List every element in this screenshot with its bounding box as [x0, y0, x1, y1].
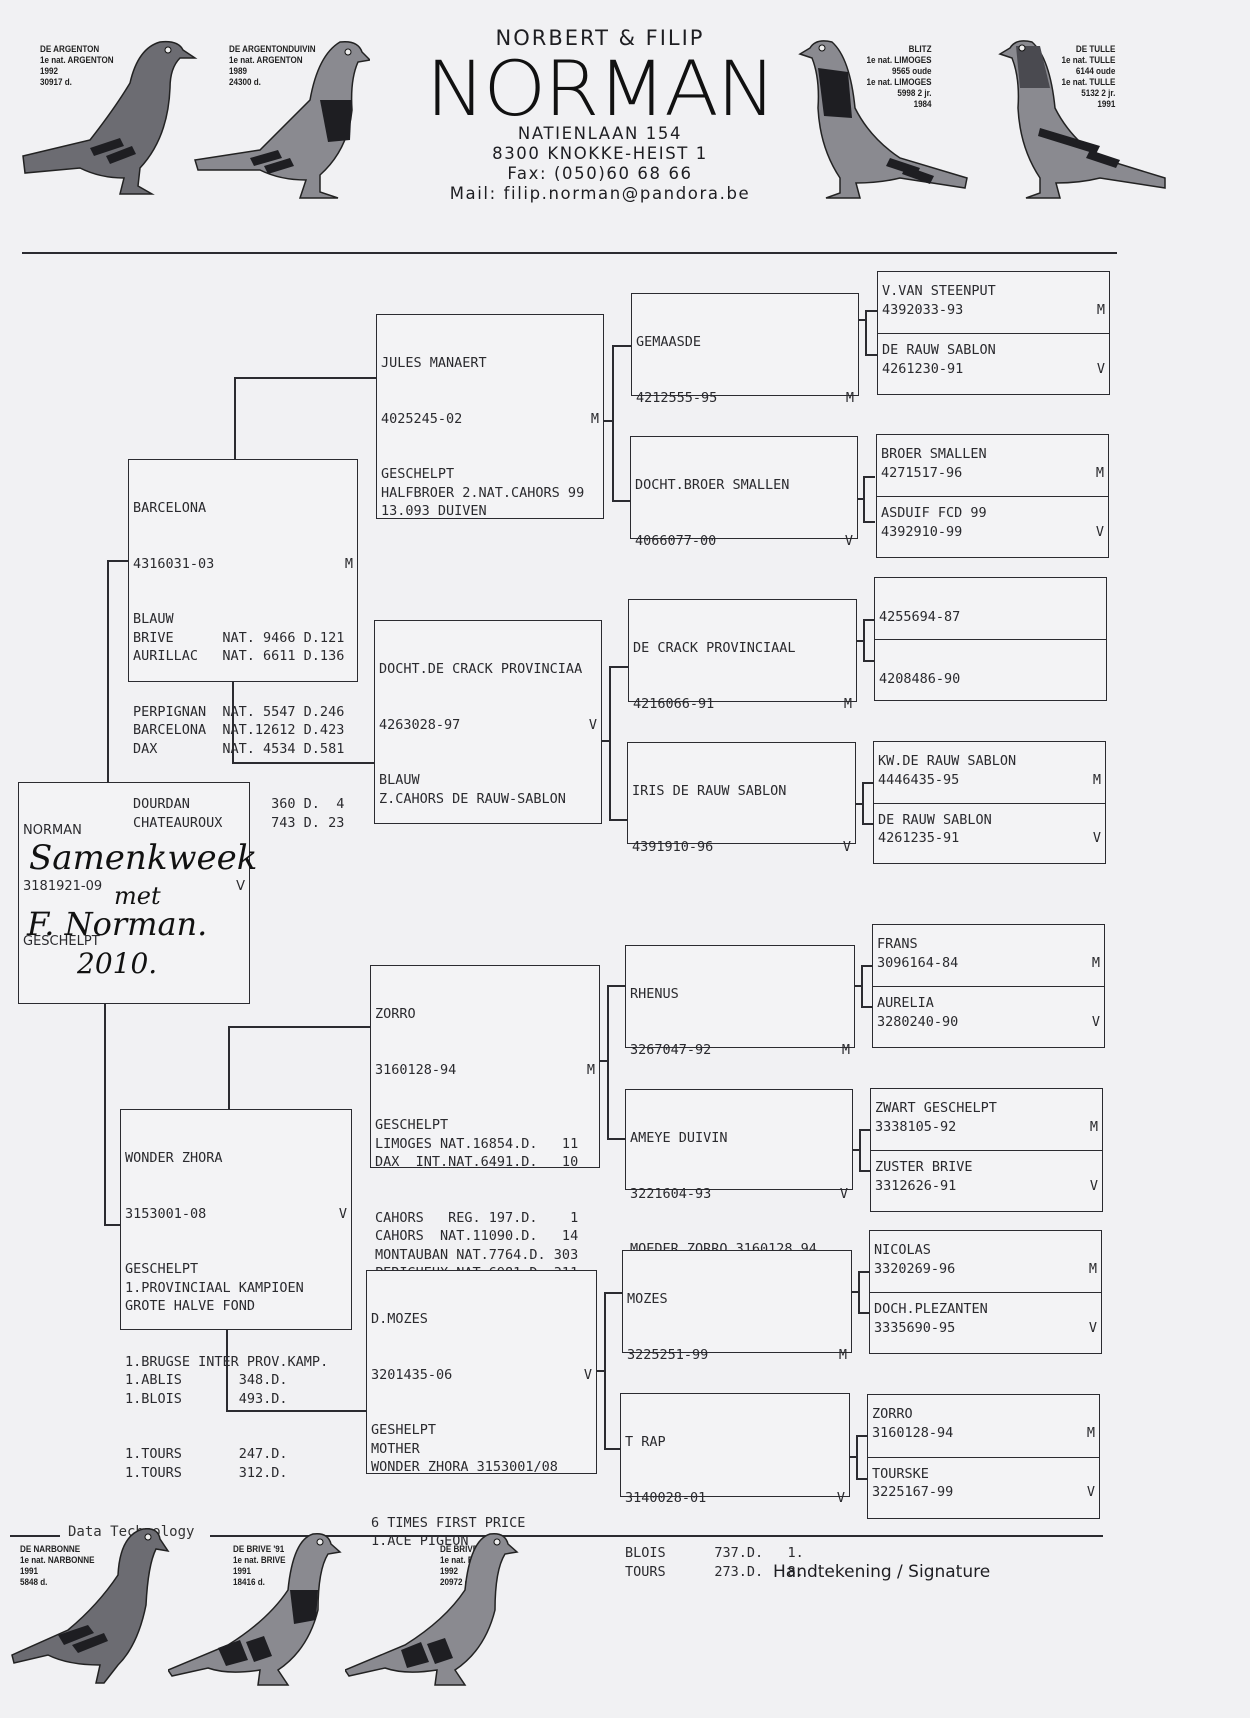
grandparent-card: JULES MANAERT 4025245-02M GESCHELPTHALFB…: [376, 314, 604, 519]
sex-marker: V: [589, 716, 597, 735]
address-mail: Mail: filip.norman@pandora.be: [400, 184, 800, 204]
sex-marker: M: [842, 1041, 850, 1060]
pigeon-illustration-icon: [20, 28, 200, 208]
dam-entry: 4208486-90: [875, 639, 1106, 700]
sex-marker: V: [845, 532, 853, 551]
header-divider: [22, 252, 1117, 254]
pigeon-illustration-icon: [790, 28, 970, 208]
sex-marker: M: [587, 1061, 595, 1080]
sex-marker: M: [844, 695, 852, 714]
great-grandparent-card: MOZES 3225251-99M LIMOGES NAT. 6679.D.11…: [622, 1250, 852, 1353]
sire-entry: V.VAN STEENPUT4392033-93M: [878, 272, 1109, 333]
handwritten-note: Samenkweek: [29, 849, 257, 868]
dam-entry: DE RAUW SABLON4261230-91V: [878, 333, 1109, 394]
mother-card: WONDER ZHORA 3153001-08V GESCHELPT1.PROV…: [120, 1109, 352, 1330]
sex-marker: V: [843, 838, 851, 857]
gg-grandparent-pair: ZWART GESCHELPT3338105-92M ZUSTER BRIVE3…: [870, 1088, 1103, 1212]
gg-grandparent-pair: NICOLAS3320269-96M DOCH.PLEZANTEN3335690…: [869, 1230, 1102, 1354]
pigeon-illustration-icon: [190, 30, 370, 210]
great-grandparent-card: GEMAASDE 4212555-95M SUPER KWEKER VADER …: [631, 293, 859, 396]
footer-divider: [210, 1535, 1103, 1537]
sex-marker: M: [345, 555, 353, 574]
sire-entry: 4255694-87: [875, 578, 1106, 639]
great-grandparent-card: IRIS DE RAUW SABLON 4391910-96V: [627, 742, 856, 844]
great-grandparent-card: T RAP 3140028-01V BLOIS 737.D. 1.TOURS 2…: [620, 1393, 850, 1497]
grandparent-card: ZORRO 3160128-94M GESCHELPTLIMOGES NAT.1…: [370, 965, 600, 1168]
sex-marker: V: [339, 1205, 347, 1224]
handwritten-note: 2010.: [77, 955, 157, 974]
dam-entry: ZUSTER BRIVE3312626-91V: [871, 1150, 1102, 1211]
gg-grandparent-pair: FRANS3096164-84M AURELIA3280240-90V: [872, 924, 1105, 1048]
handwritten-note: met: [114, 887, 161, 906]
pigeon-illustration-icon: [345, 1520, 520, 1690]
great-grandparent-card: AMEYE DUIVIN 3221604-93V MOEDER ZORRO 31…: [625, 1089, 853, 1190]
grandparent-card: DOCHT.DE CRACK PROVINCIAA 4263028-97V BL…: [374, 620, 602, 824]
sex-marker: V: [584, 1366, 592, 1385]
sire-entry: FRANS3096164-84M: [873, 925, 1104, 986]
grandparent-card: D.MOZES 3201435-06V GESHELPTMOTHERWONDER…: [366, 1270, 597, 1474]
sire-entry: BROER SMALLEN4271517-96M: [877, 435, 1108, 496]
great-grandparent-card: RHENUS 3267047-92M: [625, 945, 855, 1048]
breeder-surname: NORMAN: [416, 44, 784, 134]
signature-label: Handtekening / Signature: [773, 1562, 990, 1582]
sex-marker: V: [840, 1185, 848, 1204]
great-grandparent-card: DE CRACK PROVINCIAAL 4216066-91M 1.PROVI…: [628, 599, 857, 702]
address-street: NATIENLAAN 154: [400, 124, 800, 144]
dam-entry: DOCH.PLEZANTEN3335690-95V: [870, 1292, 1101, 1353]
gg-grandparent-pair: KW.DE RAUW SABLON4446435-95M DE RAUW SAB…: [873, 741, 1106, 864]
pigeon-illustration-icon: [8, 1515, 183, 1685]
great-grandparent-card: DOCHT.BROER SMALLEN 4066077-00V: [630, 436, 858, 539]
sire-entry: KW.DE RAUW SABLON4446435-95M: [874, 742, 1105, 803]
dam-entry: AURELIA3280240-90V: [873, 986, 1104, 1047]
gg-grandparent-pair: BROER SMALLEN4271517-96M ASDUIF FCD 9943…: [876, 434, 1109, 558]
sex-marker: M: [839, 1346, 847, 1365]
sire-entry: ZWART GESCHELPT3338105-92M: [871, 1089, 1102, 1150]
address-city: 8300 KNOKKE-HEIST 1: [400, 144, 800, 164]
pigeon-illustration-icon: [980, 28, 1170, 208]
sex-marker: V: [236, 878, 245, 897]
gg-grandparent-pair: ZORRO3160128-94M TOURSKE3225167-99V: [867, 1394, 1100, 1519]
pigeon-illustration-icon: [168, 1520, 343, 1690]
gg-grandparent-pair: 4255694-87 4208486-90: [874, 577, 1107, 701]
dam-entry: DE RAUW SABLON4261235-91V: [874, 803, 1105, 864]
sex-marker: V: [837, 1489, 845, 1508]
sire-entry: NICOLAS3320269-96M: [870, 1231, 1101, 1292]
gg-grandparent-pair: V.VAN STEENPUT4392033-93M DE RAUW SABLON…: [877, 271, 1110, 395]
sex-marker: M: [846, 389, 854, 408]
father-card: BARCELONA 4316031-03M BLAUWBRIVE NAT. 94…: [128, 459, 358, 682]
sire-entry: ZORRO3160128-94M: [868, 1395, 1099, 1457]
dam-entry: ASDUIF FCD 994392910-99V: [877, 496, 1108, 557]
dam-entry: TOURSKE3225167-99V: [868, 1457, 1099, 1519]
handwritten-note: F. Norman.: [27, 915, 207, 934]
breeder-address: NATIENLAAN 154 8300 KNOKKE-HEIST 1 Fax: …: [400, 124, 800, 204]
sex-marker: M: [591, 410, 599, 429]
address-fax: Fax: (050)60 68 66: [400, 164, 800, 184]
